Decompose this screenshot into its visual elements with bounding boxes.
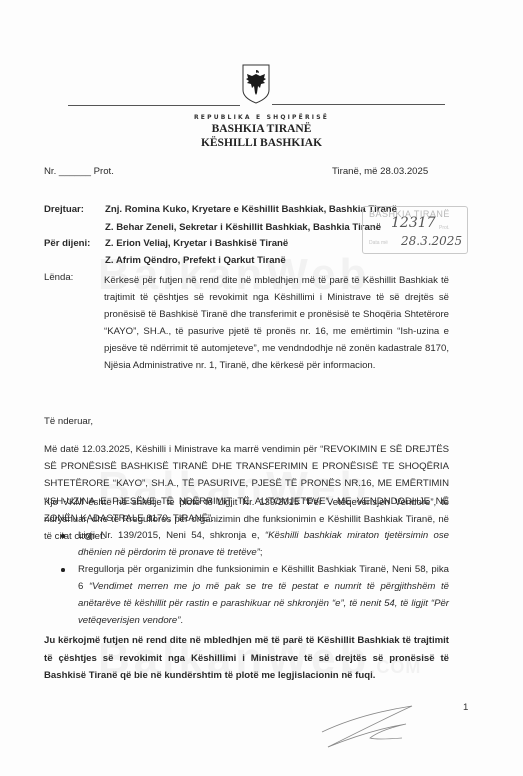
- citation-punctuation: .: [180, 615, 183, 626]
- greeting: Të nderuar,: [44, 414, 93, 430]
- organization-name: BASHKIA TIRANË: [0, 123, 523, 135]
- citation-reference: Ligji Nr. 139/2015, Neni 54, shkronja e,: [78, 530, 265, 541]
- registration-stamp: BASHKIA TIRANË Nr. 12317 Prot. Data më 2…: [362, 206, 468, 254]
- republic-label: REPUBLIKA E SHQIPËRISË: [0, 114, 523, 121]
- stamp-number: 12317: [391, 215, 436, 231]
- cc-recipient: Z. Afrim Qëndro, Prefekt i Qarkut Tiranë: [105, 255, 286, 266]
- cc-recipient: Z. Erion Veliaj, Kryetar i Bashkisë Tira…: [105, 238, 288, 249]
- header-rule: [68, 105, 240, 106]
- header-rule: [272, 104, 445, 105]
- albanian-eagle-emblem-icon: [241, 64, 271, 104]
- stamp-date: 28.3.2025: [401, 234, 462, 248]
- stamp-nr-label: Nr.: [369, 225, 375, 231]
- addressee: Znj. Romina Kuko, Kryetare e Këshillit B…: [105, 204, 397, 215]
- to-label: Drejtuar:: [44, 204, 84, 215]
- stamp-prot-label: Prot.: [439, 225, 450, 231]
- list-item: Rregullorja për organizimin dhe funksion…: [44, 561, 449, 629]
- legal-citations-list: Ligji Nr. 139/2015, Neni 54, shkronja e,…: [44, 527, 449, 629]
- bullet-icon: [61, 568, 65, 572]
- handwritten-signature-icon: [320, 700, 450, 760]
- subject-label: Lënda:: [44, 272, 73, 283]
- protocol-number: Nr. ______ Prot.: [44, 164, 114, 180]
- bullet-icon: [61, 534, 65, 538]
- closing-request: Ju kërkojmë futjen në rend dite në mbled…: [44, 632, 449, 685]
- document-page: BalkanWeb BalkanWeb BalkanWeb.COM REPUBL…: [0, 0, 523, 776]
- council-name: KËSHILLI BASHKIAK: [0, 137, 523, 149]
- citation-quote: “Vendimet merren me jo më pak se tre të …: [78, 581, 449, 626]
- subject-text: Kërkesë për futjen në rend dite në mbled…: [104, 272, 449, 374]
- stamp-date-label: Data më: [369, 240, 388, 246]
- cc-label: Për dijeni:: [44, 238, 90, 249]
- list-item: Ligji Nr. 139/2015, Neni 54, shkronja e,…: [44, 527, 449, 561]
- addressee: Z. Behar Zeneli, Sekretar i Këshillit Ba…: [105, 222, 381, 233]
- place-date: Tiranë, më 28.03.2025: [332, 164, 428, 180]
- page-number: 1: [463, 702, 468, 713]
- citation-punctuation: ;: [260, 547, 263, 558]
